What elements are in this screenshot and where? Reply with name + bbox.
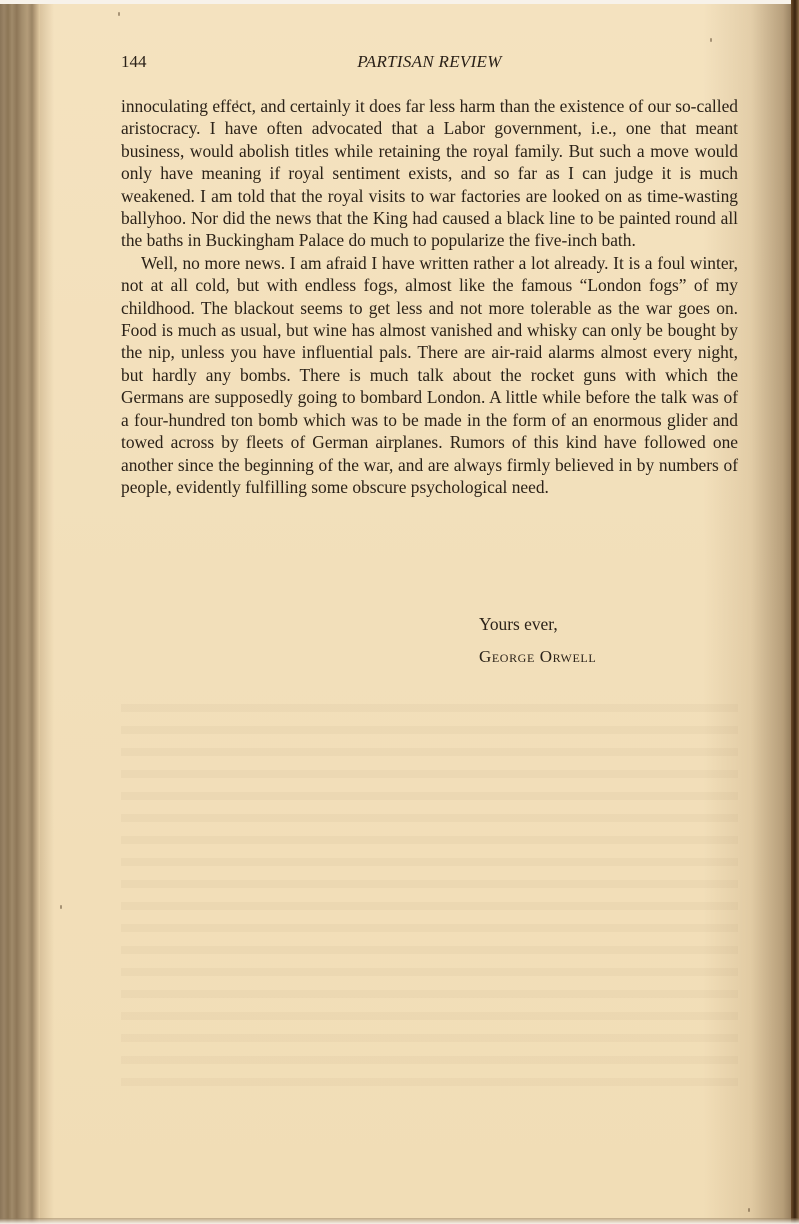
paper-speck	[710, 38, 712, 42]
paragraph: Well, no more news. I am afraid I have w…	[121, 252, 738, 498]
paragraph-continued: innoculating effect, and certainly it do…	[121, 95, 738, 252]
page-right-edge	[791, 0, 799, 1224]
paper-speck	[60, 905, 62, 909]
book-spine-gutter	[0, 0, 40, 1224]
page-bottom-edge	[0, 1218, 799, 1224]
journal-title: PARTISAN REVIEW	[121, 52, 738, 72]
valediction: Yours ever,	[479, 614, 558, 635]
reverse-side-show-through	[121, 690, 738, 1100]
paper-speck	[748, 1208, 750, 1212]
letter-body: innoculating effect, and certainly it do…	[121, 95, 738, 498]
running-header: 144 PARTISAN REVIEW	[121, 52, 738, 76]
signature: George Orwell	[479, 647, 596, 667]
gutter-shadow	[40, 0, 54, 1224]
page-top-edge	[0, 0, 799, 4]
paper-speck	[118, 12, 120, 16]
